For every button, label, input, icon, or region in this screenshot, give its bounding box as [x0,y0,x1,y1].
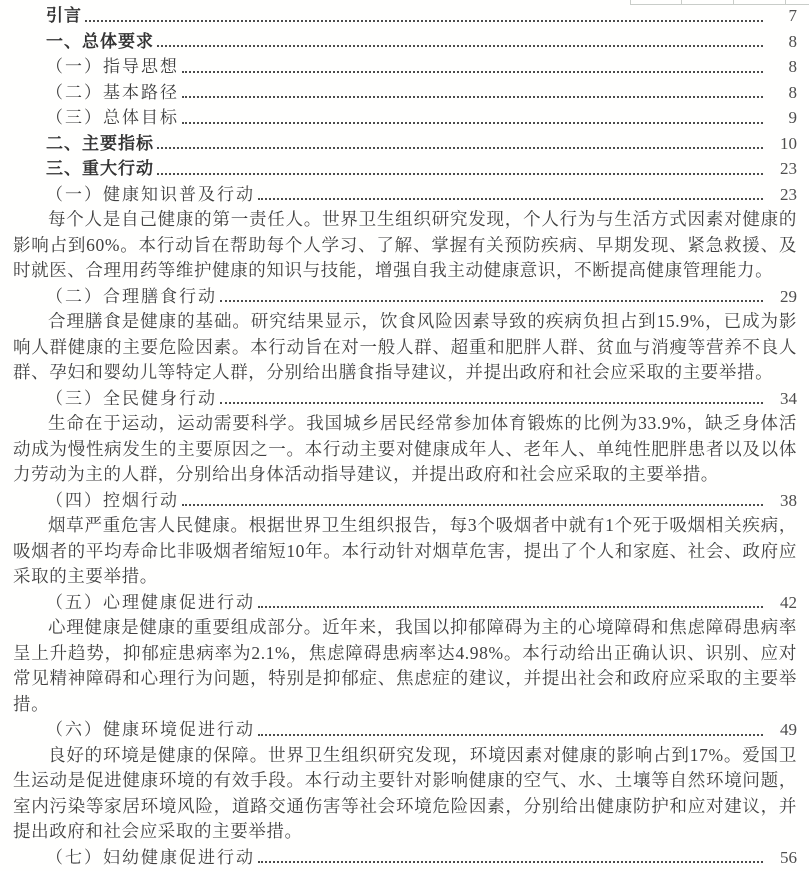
toc-entry-title: 一、总体要求 [46,29,154,55]
toc-page-number: 42 [770,590,797,616]
toc-entry-title: 引言 [46,3,82,29]
toc-entry-title: （一）指导思想 [46,54,179,80]
toc-entry[interactable]: （三）总体目标 9 [13,105,797,131]
toc-page-number: 8 [770,80,797,106]
dot-leader [157,156,763,182]
dot-leader [157,131,763,157]
section-summary-paragraph: 合理膳食是健康的基础。研究结果显示，饮食风险因素导致的疾病负担占到15.9%，已… [13,309,797,386]
toc-entry[interactable]: 引言 7 [13,3,797,29]
toc-entry-title: （五）心理健康促进行动 [46,590,255,616]
section-summary-paragraph: 良好的环境是健康的保障。世界卫生组织研究发现，环境因素对健康的影响占到17%。爱… [13,743,797,845]
section-summary-paragraph: 心理健康是健康的重要组成部分。近年来，我国以抑郁障碍为主的心境障碍和焦虑障碍患病… [13,615,797,717]
toc-entry-title: 二、主要指标 [46,131,154,157]
toc-entry-title: （四）控烟行动 [46,488,179,514]
section-summary-paragraph: 每个人是自己健康的第一责任人。世界卫生组织研究发现，个人行为与生活方式因素对健康… [13,207,797,284]
toc-entry[interactable]: （四）控烟行动 38 [13,488,797,514]
toc-entry[interactable]: （六）健康环境促进行动 49 [13,717,797,743]
toc-entry[interactable]: （七）妇幼健康促进行动 56 [13,845,797,871]
toc-entry[interactable]: （三）全民健身行动 34 [13,386,797,412]
toc-entry-title: （六）健康环境促进行动 [46,717,255,743]
dot-leader [182,80,763,106]
toc-page-number: 23 [770,182,797,208]
toc-entry[interactable]: （二）基本路径 8 [13,80,797,106]
toc-entry-title: （三）全民健身行动 [46,386,217,412]
dot-leader [182,54,763,80]
toc-entry-title: 三、重大行动 [46,156,154,182]
toc-entry-title: （三）总体目标 [46,105,179,131]
toc-entry[interactable]: （一）指导思想 8 [13,54,797,80]
toc-entry-title: （一）健康知识普及行动 [46,182,255,208]
dot-leader [157,29,763,55]
toc-entry[interactable]: 一、总体要求 8 [13,29,797,55]
toc-page-number: 8 [770,29,797,55]
dot-leader [258,182,763,208]
dot-leader [258,717,763,743]
toc-page-number: 10 [770,131,797,157]
section-summary-paragraph: 生命在于运动，运动需要科学。我国城乡居民经常参加体育锻炼的比例为33.9%，缺乏… [13,411,797,488]
dot-leader [258,590,763,616]
dot-leader [220,386,763,412]
section-summary-paragraph: 烟草严重危害人民健康。根据世界卫生组织报告，每3个吸烟者中就有1个死于吸烟相关疾… [13,513,797,590]
toc-entry[interactable]: 二、主要指标 10 [13,131,797,157]
toc-entry[interactable]: （一）健康知识普及行动 23 [13,182,797,208]
toc-page-number: 38 [770,488,797,514]
dot-leader [182,488,763,514]
toc-page-number: 29 [770,284,797,310]
toc-page-number: 56 [770,845,797,871]
toc-entry[interactable]: （二）合理膳食行动 29 [13,284,797,310]
toc-entry[interactable]: 三、重大行动 23 [13,156,797,182]
toc-entry-title: （二）基本路径 [46,80,179,106]
toc-page-number: 23 [770,156,797,182]
toc-page-number: 7 [770,3,797,29]
document-page: 引言 7 一、总体要求 8 （一）指导思想 8 （二）基本路径 8 （三）总体目… [0,0,809,871]
toc-page-number: 8 [770,54,797,80]
toc-page-number: 49 [770,717,797,743]
toc-entry[interactable]: （五）心理健康促进行动 42 [13,590,797,616]
toc-content: 引言 7 一、总体要求 8 （一）指导思想 8 （二）基本路径 8 （三）总体目… [13,3,797,870]
toc-entry-title: （二）合理膳食行动 [46,284,217,310]
toc-page-number: 34 [770,386,797,412]
dot-leader [182,105,763,131]
toc-page-number: 9 [770,105,797,131]
dot-leader [220,284,763,310]
toc-entry-title: （七）妇幼健康促进行动 [46,845,255,871]
dot-leader [258,845,763,871]
dot-leader [85,3,763,29]
